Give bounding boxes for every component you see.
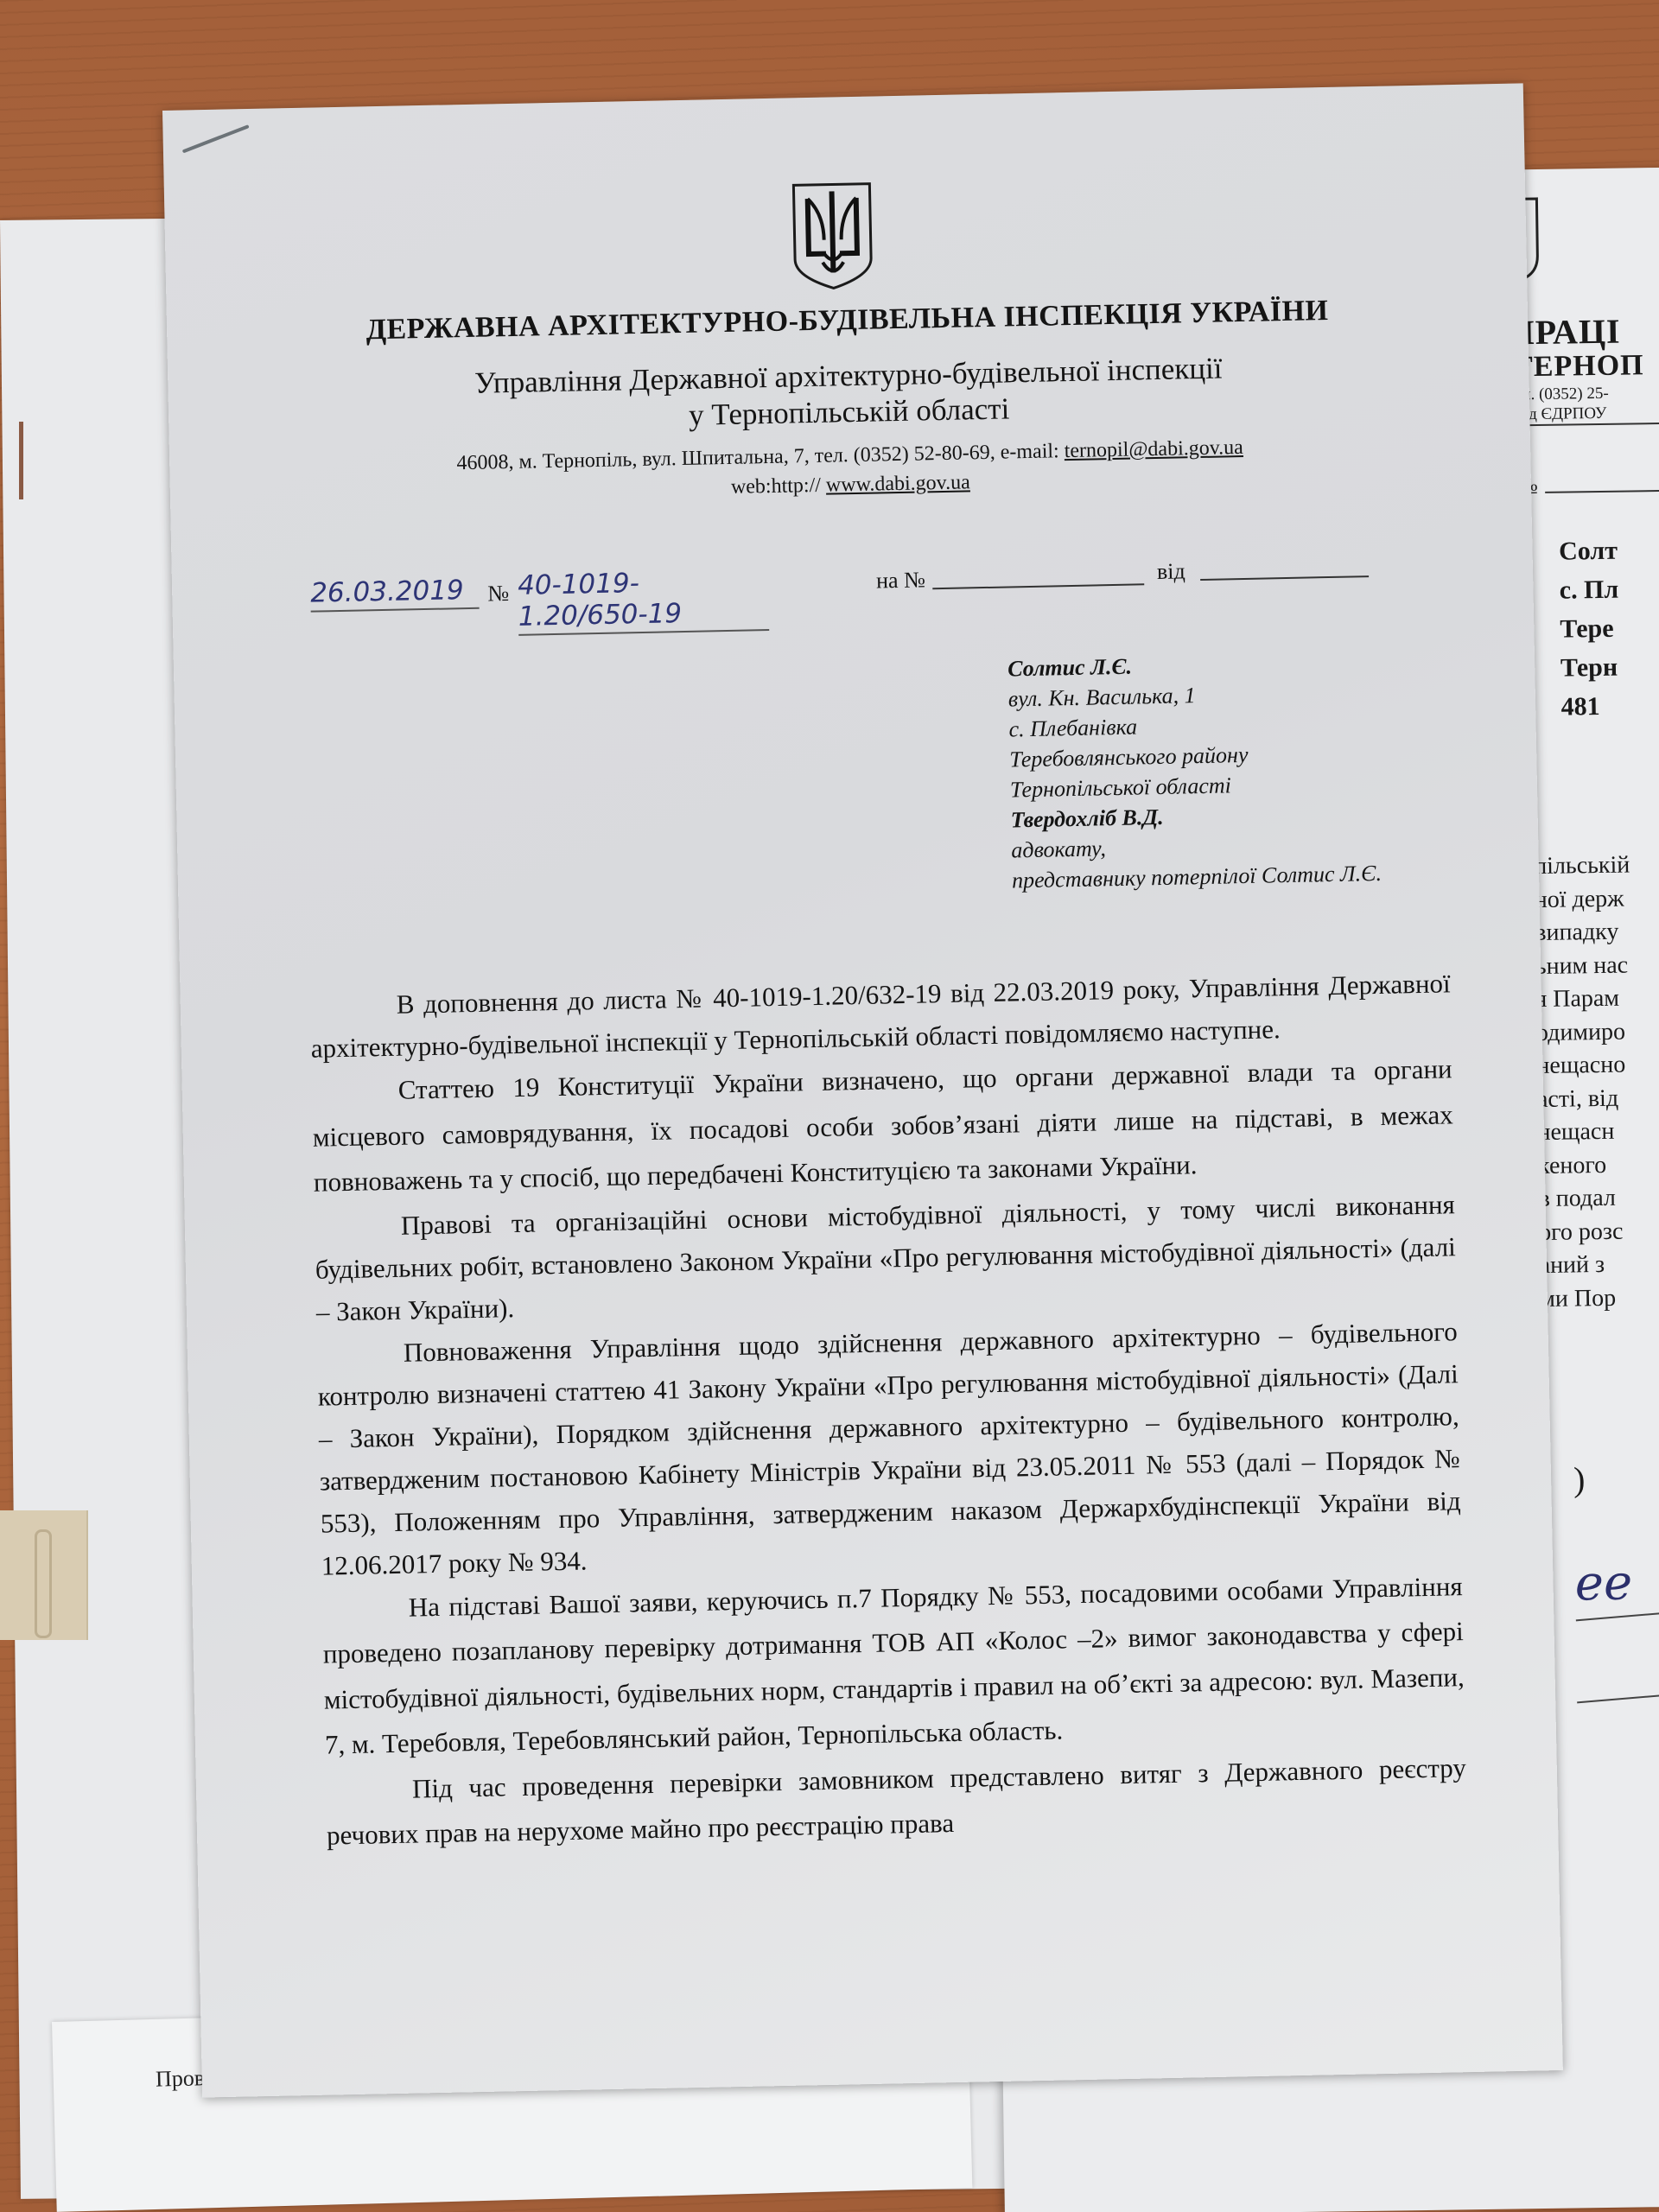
from-label: від [1157,558,1185,585]
paragraph: Правові та організаційні основи містобуд… [314,1183,1457,1332]
right-number-row: № [1516,471,1659,499]
addressee-block: Солтис Л.Є. вул. Кн. Василька, 1 с. Плеб… [1007,646,1382,896]
department-name: Управління Державної архітектурно-будіве… [168,344,1529,444]
main-letter: ДЕРЖАВНА АРХІТЕКТУРНО-БУДІВЕЛЬНА ІНСПЕКЦ… [162,83,1563,2097]
letterhead-contacts: 46008, м. Тернопіль, вул. Шпитальна, 7, … [169,427,1531,513]
web-label: web:http:// [731,474,826,499]
addressee-line: представнику потерпілої Солтис Л.Є. [1012,858,1382,896]
right-signature: ee [1574,1555,1632,1612]
right-addressee: Солт с. Пл Тере Терн 481 [1559,531,1621,727]
number-label: № [487,581,509,607]
outgoing-number: 40-1019-1.20/650-19 [518,565,769,636]
from-blank [1200,575,1369,581]
right-contact-fragment-2: код ЄДРПОУ [1514,402,1659,426]
agency-name: ДЕРЖАВНА АРХІТЕКТУРНО-БУДІВЕЛЬНА ІНСПЕКЦ… [167,290,1528,351]
paragraph: Статтею 19 Конституції України визначено… [311,1046,1454,1205]
in-reply-label: на № [876,567,925,594]
in-reply-blank [932,583,1144,589]
paragraph: Повноваження Управління щодо здійснення … [316,1310,1462,1586]
registration-line: 26.03.2019 № 40-1019-1.20/650-19 на № ві… [310,552,1434,626]
signature-line [1577,1673,1659,1703]
email-link[interactable]: ternopil@dabi.gov.ua [1064,436,1243,462]
staple-icon [182,124,250,153]
right-title-fragment-2: ТЕРНОП [1513,349,1644,384]
margin-mark [19,422,23,499]
right-paren: ) [1573,1459,1586,1499]
right-body-fragments: пільській ної держ випадку ьним нас я Па… [1534,849,1637,1316]
paperclip-icon [35,1529,52,1638]
paragraph: На підставі Вашої заяви, керуючись п.7 П… [321,1564,1465,1768]
trident-emblem-icon [786,178,880,292]
website-link[interactable]: www.dabi.gov.ua [826,471,970,496]
outgoing-date: 26.03.2019 [310,575,480,613]
letter-body: В доповнення до листа № 40-1019-1.20/632… [309,962,1467,1859]
